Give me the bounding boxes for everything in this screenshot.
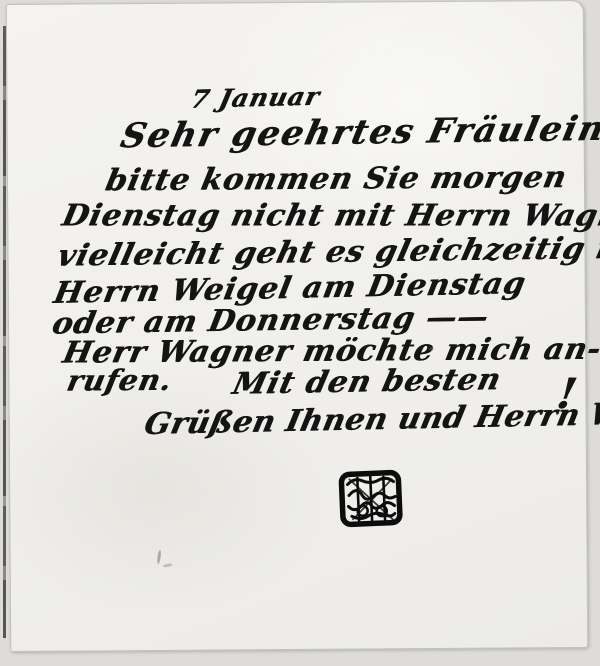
monogram-seal-icon — [335, 467, 408, 532]
date-line: 7 Januar — [188, 82, 323, 114]
closing-line-1: Mit den besten — [229, 362, 505, 402]
body-line-2: Dienstag nicht mit Herrn Wagner, — [59, 198, 600, 233]
letter-photograph: 7 Januar Sehr geehrtes Fräulein, bitte k… — [0, 0, 600, 666]
letter-paper: 7 Januar Sehr geehrtes Fräulein, bitte k… — [6, 0, 589, 652]
body-line-1: bitte kommen Sie morgen — [102, 160, 569, 198]
body-line-7: rufen. — [64, 363, 175, 398]
ink-smudge — [429, 347, 434, 351]
ink-smudge — [162, 563, 172, 568]
salutation-line: Sehr geehrtes Fräulein, — [117, 109, 600, 157]
ink-smudge — [157, 550, 162, 564]
closing-line-2: Grüßen Ihnen und Herrn Wagner — [141, 395, 600, 442]
